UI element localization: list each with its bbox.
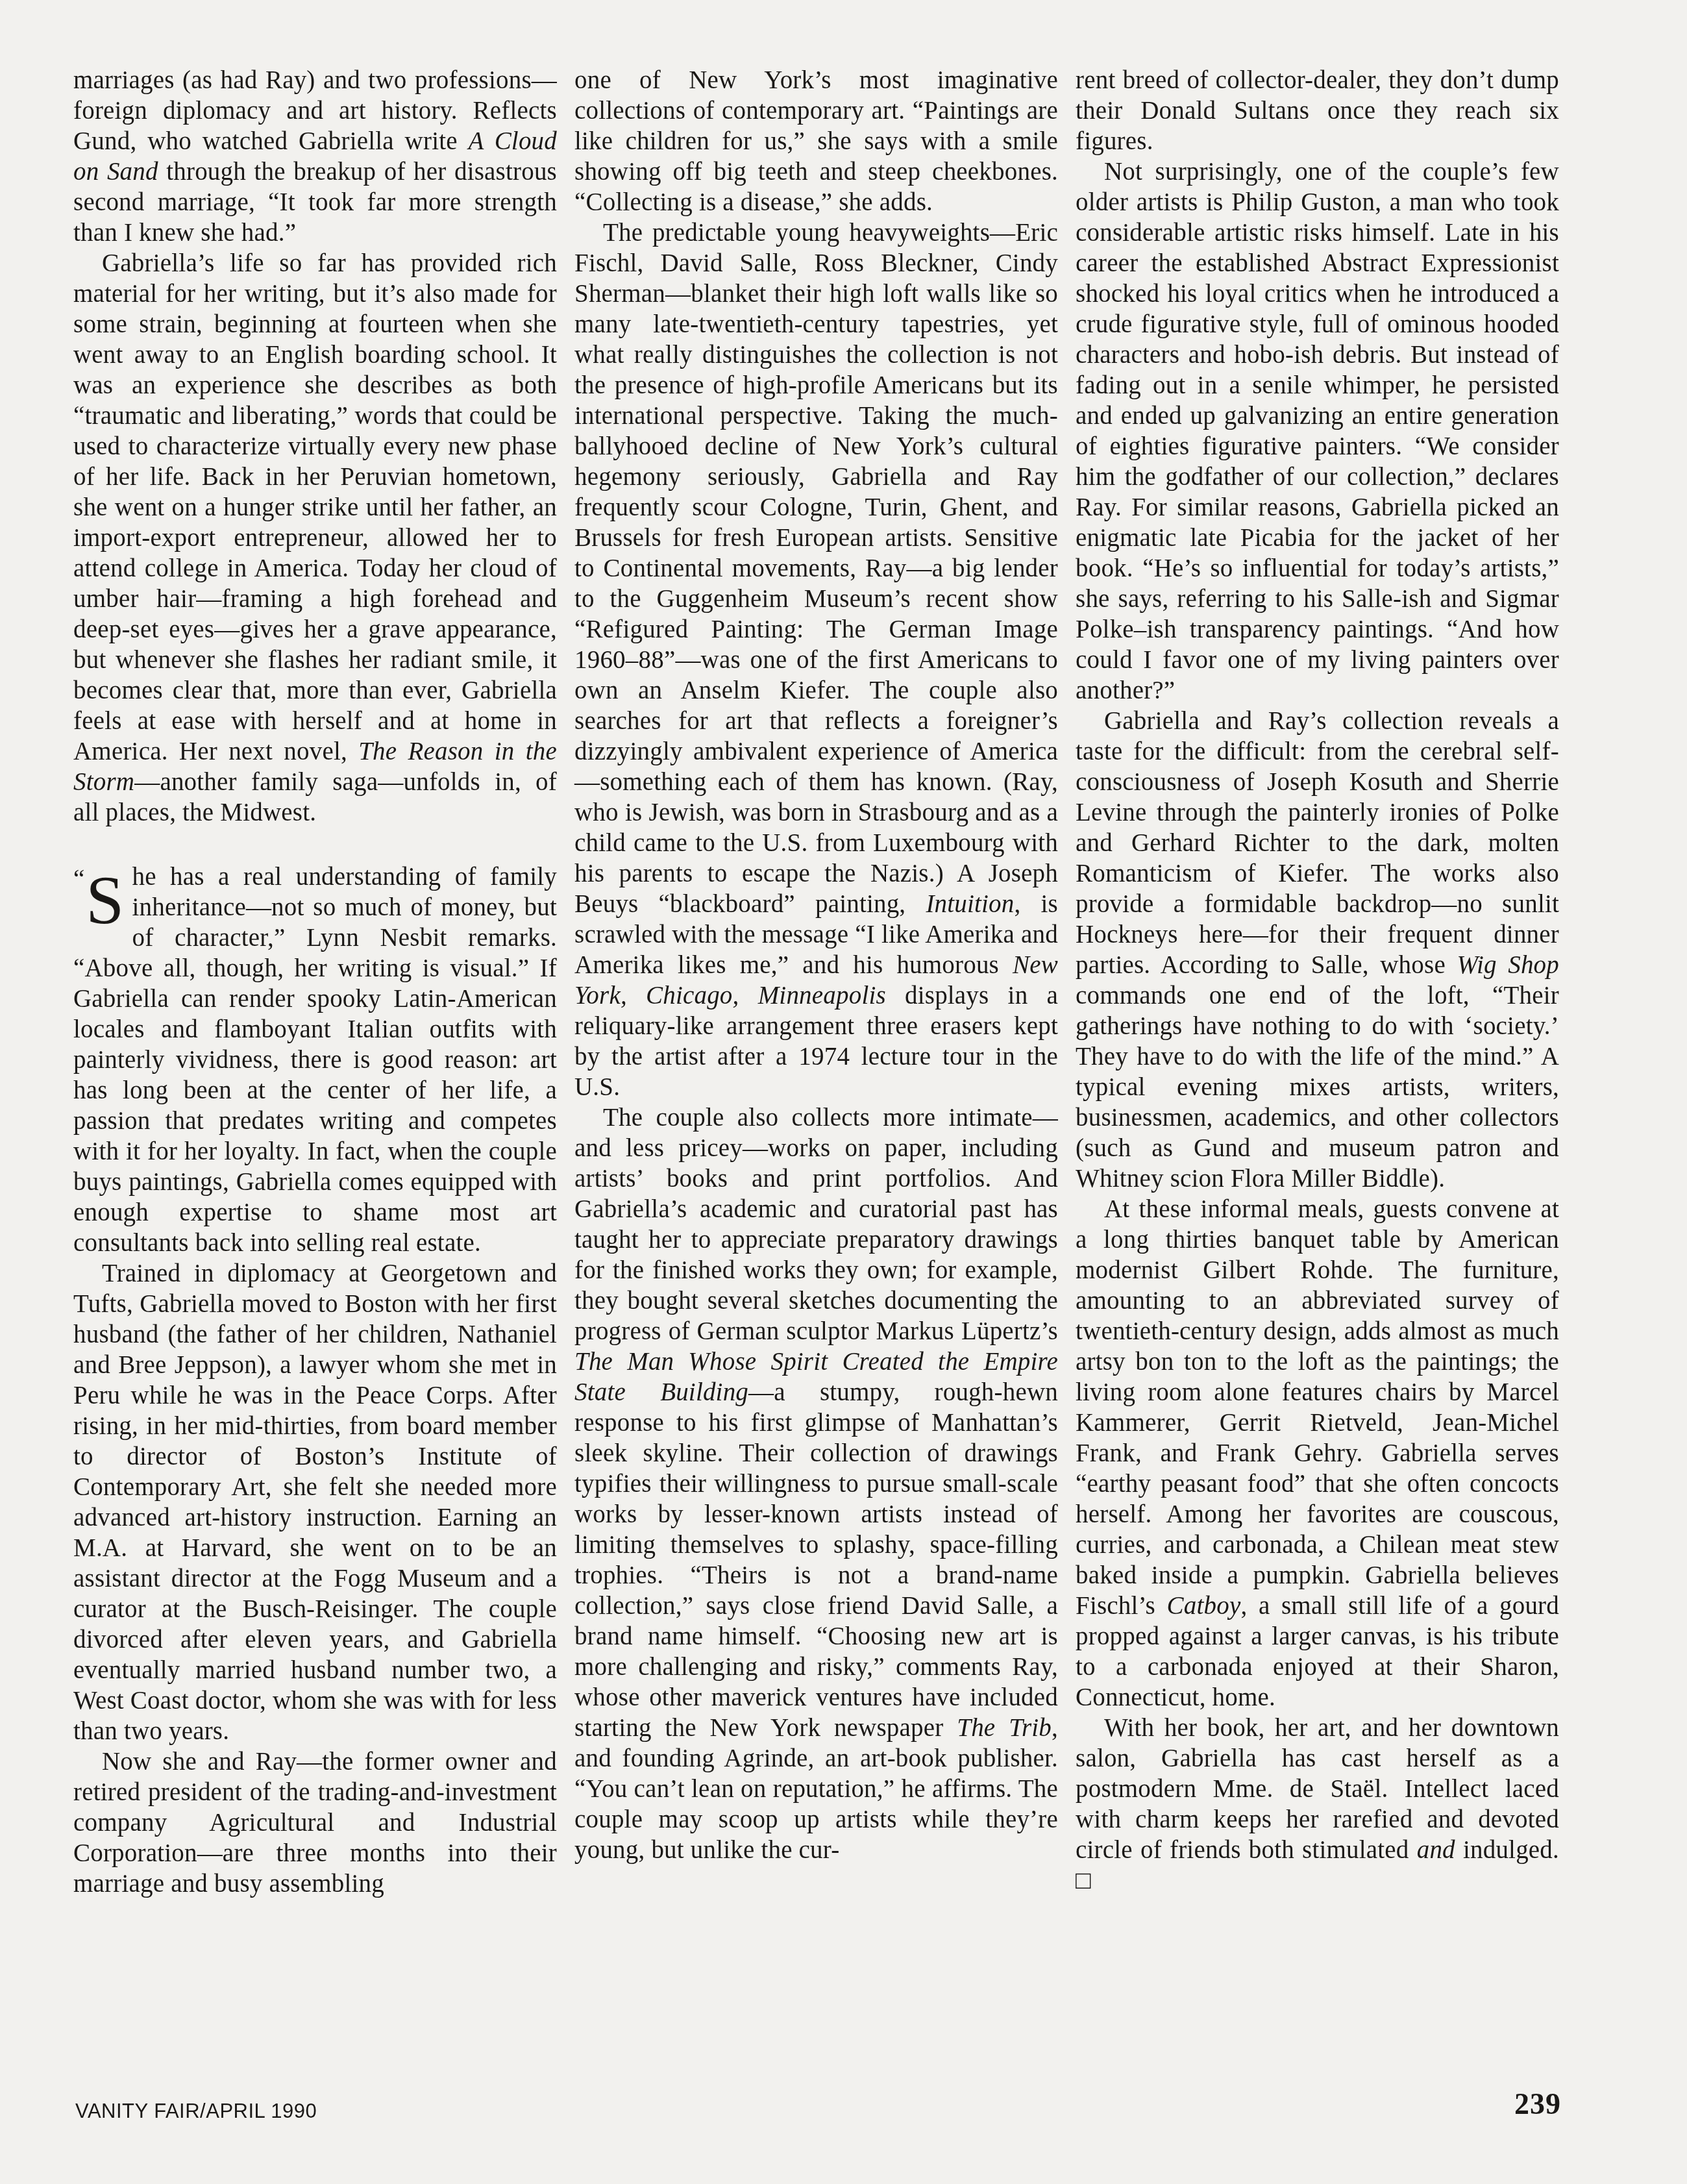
paragraph: Gabriella’s life so far has provided ric… [73,248,557,828]
drop-cap: “S [73,862,132,930]
paragraph: Trained in diplomacy at Georgetown and T… [73,1258,557,1746]
paragraph: marriages (as had Ray) and two professio… [73,65,557,248]
drop-cap-quote: “ [73,865,86,893]
paragraph: The predictable young heavyweights—Eric … [574,217,1058,1102]
paragraph: Gabriella and Ray’s collection reveals a… [1076,706,1559,1194]
paragraph: With her book, her art, and her downtown… [1076,1713,1559,1896]
paragraph: rent breed of collector-dealer, they don… [1076,65,1559,156]
paragraph: one of New York’s most imaginative colle… [574,65,1058,217]
paragraph-dropcap: “She has a real understanding of family … [73,862,557,1258]
article-column-1: marriages (as had Ray) and two professio… [73,65,557,1899]
footer-magazine-date: VANITY FAIR/APRIL 1990 [75,2100,317,2123]
paragraph: At these informal meals, guests convene … [1076,1194,1559,1713]
magazine-page: marriages (as had Ray) and two professio… [0,0,1687,2184]
paragraph-text: he has a real understanding of family in… [73,863,557,1257]
page-number: 239 [1514,2087,1561,2121]
article-column-2: one of New York’s most imaginative colle… [574,65,1058,1865]
article-column-3: rent breed of collector-dealer, they don… [1076,65,1559,1896]
paragraph: Not surprisingly, one of the couple’s fe… [1076,156,1559,706]
paragraph: The couple also collects more intimate—a… [574,1102,1058,1865]
drop-cap-letter: S [86,862,124,938]
paragraph: Now she and Ray—the former owner and ret… [73,1746,557,1899]
